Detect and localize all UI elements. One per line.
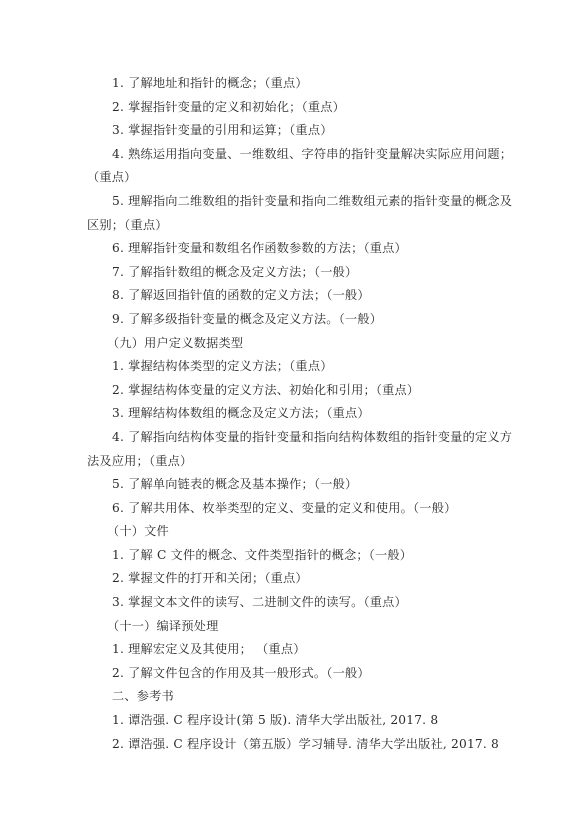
section-11-item-1: 1. 理解宏定义及其使用； （重点）: [87, 638, 499, 662]
section-9-item-5: 5. 了解单向链表的概念及基本操作；（一般）: [87, 473, 499, 497]
pointer-item-4-continuation: （重点）: [87, 166, 499, 190]
section-10-heading: （十）文件: [87, 520, 499, 544]
pointer-item-7: 7. 了解指针数组的概念及定义方法；（一般）: [87, 261, 499, 285]
section-9-item-1: 1. 掌握结构体类型的定义方法；（重点）: [87, 355, 499, 379]
section-11-heading: （十一）编译预处理: [87, 615, 499, 639]
reference-item-2: 2. 谭浩强. C 程序设计（第五版）学习辅导. 清华大学出版社, 2017. …: [87, 733, 499, 757]
section-9-item-2: 2. 掌握结构体变量的定义方法、初始化和引用；（重点）: [87, 379, 499, 403]
references-heading: 二、参考书: [87, 685, 499, 709]
section-9-item-4: 4. 了解指向结构体变量的指针变量和指向结构体数组的指针变量的定义方: [87, 426, 499, 450]
section-9-heading: （九）用户定义数据类型: [87, 332, 499, 356]
pointer-item-5: 5. 理解指向二维数组的指针变量和指向二维数组元素的指针变量的概念及: [87, 190, 499, 214]
pointer-item-3: 3. 掌握指针变量的引用和运算；（重点）: [87, 119, 499, 143]
section-10-item-1: 1. 了解 C 文件的概念、文件类型指针的概念；（一般）: [87, 544, 499, 568]
pointer-item-9: 9. 了解多级指针变量的概念及定义方法。（一般）: [87, 308, 499, 332]
pointer-item-8: 8. 了解返回指针值的函数的定义方法；（一般）: [87, 284, 499, 308]
section-9-item-4-continuation: 法及应用；（重点）: [87, 450, 499, 474]
section-9-item-6: 6. 了解共用体、枚举类型的定义、变量的定义和使用。（一般）: [87, 497, 499, 521]
reference-item-1: 1. 谭浩强. C 程序设计(第 5 版). 清华大学出版社, 2017. 8: [87, 709, 499, 733]
section-11-item-2: 2. 了解文件包含的作用及其一般形式。（一般）: [87, 662, 499, 686]
pointer-item-5-continuation: 区别；（重点）: [87, 214, 499, 238]
pointer-item-4: 4. 熟练运用指向变量、一维数组、字符串的指针变量解决实际应用问题；: [87, 143, 499, 167]
document-page: 1. 了解地址和指针的概念；（重点） 2. 掌握指针变量的定义和初始化；（重点）…: [87, 72, 499, 756]
pointer-item-2: 2. 掌握指针变量的定义和初始化；（重点）: [87, 96, 499, 120]
section-10-item-3: 3. 掌握文本文件的读写、二进制文件的读写。（重点）: [87, 591, 499, 615]
pointer-item-1: 1. 了解地址和指针的概念；（重点）: [87, 72, 499, 96]
pointer-item-6: 6. 理解指针变量和数组名作函数参数的方法；（重点）: [87, 237, 499, 261]
section-9-item-3: 3. 理解结构体数组的概念及定义方法；（重点）: [87, 402, 499, 426]
section-10-item-2: 2. 掌握文件的打开和关闭；（重点）: [87, 567, 499, 591]
